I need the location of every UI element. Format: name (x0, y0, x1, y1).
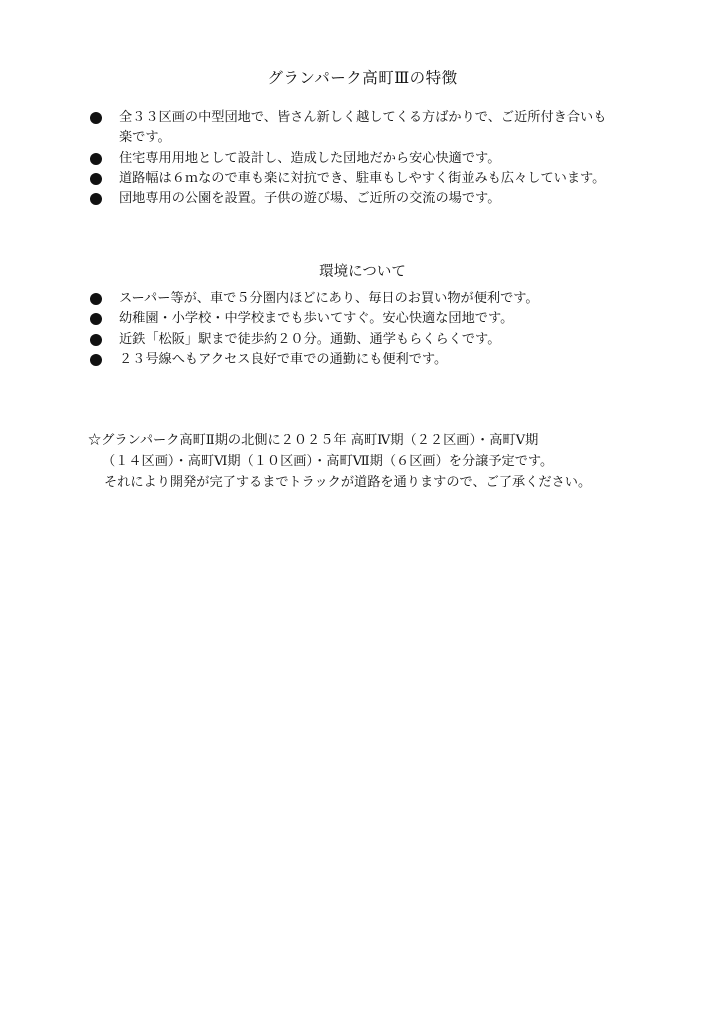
bullet-icon (90, 153, 102, 165)
list-item: 道路幅は６ｍなので車も楽に対抗でき、駐車もしやすく街並みも広々しています。 (90, 169, 680, 189)
note-line-3: それにより開発が完了するまでトラックが道路を通りますので、ご了承ください。 (88, 472, 688, 493)
list-item: 幼稚園・小学校・中学校までも歩いてすぐ。安心快適な団地です。 (90, 309, 680, 329)
bullet-icon (90, 334, 102, 346)
bullet-icon (90, 193, 102, 205)
bullet-icon (90, 313, 102, 325)
list-item: 住宅専用用地として設計し、造成した団地だから安心快適です。 (90, 149, 680, 169)
development-note: ☆グランパーク高町Ⅱ期の北側に２０２５年 高町Ⅳ期（２２区画）・高町Ⅴ期 （１４… (88, 430, 688, 493)
bullet-icon (90, 112, 102, 124)
note-line-1: ☆グランパーク高町Ⅱ期の北側に２０２５年 高町Ⅳ期（２２区画）・高町Ⅴ期 (88, 430, 688, 451)
list-item-text: 全３３区画の中型団地で、皆さん新しく越してくる方ばかりで、ご近所付き合いも (119, 110, 606, 125)
list-item-text: 道路幅は６ｍなので車も楽に対抗でき、駐車もしやすく街並みも広々しています。 (119, 171, 605, 186)
features-title: グランパーク高町Ⅲの特徴 (0, 66, 725, 88)
list-item-text: 幼稚園・小学校・中学校までも歩いてすぐ。安心快適な団地です。 (119, 311, 513, 326)
environment-title: 環境について (0, 260, 725, 281)
list-item-text: 近鉄「松阪」駅まで徒歩約２０分。通勤、通学もらくらくです。 (119, 332, 500, 347)
list-item-text: 団地専用の公園を設置。子供の遊び場、ご近所の交流の場です。 (119, 191, 500, 206)
list-item: ２３号線へもアクセス良好で車での通勤にも便利です。 (90, 350, 680, 370)
environment-list: スーパー等が、車で５分圏内ほどにあり、毎日のお買い物が便利です。 幼稚園・小学校… (90, 289, 680, 370)
list-item: 団地専用の公園を設置。子供の遊び場、ご近所の交流の場です。 (90, 189, 680, 209)
list-item-text: スーパー等が、車で５分圏内ほどにあり、毎日のお買い物が便利です。 (119, 291, 539, 306)
list-item: 全３３区画の中型団地で、皆さん新しく越してくる方ばかりで、ご近所付き合いも 楽で… (90, 108, 680, 149)
list-item: スーパー等が、車で５分圏内ほどにあり、毎日のお買い物が便利です。 (90, 289, 680, 309)
bullet-icon (90, 293, 102, 305)
bullet-icon (90, 354, 102, 366)
list-item-text: 住宅専用用地として設計し、造成した団地だから安心快適です。 (119, 151, 500, 166)
list-item: 近鉄「松阪」駅まで徒歩約２０分。通勤、通学もらくらくです。 (90, 330, 680, 350)
list-item-text: ２３号線へもアクセス良好で車での通勤にも便利です。 (119, 352, 447, 367)
bullet-icon (90, 173, 102, 185)
features-list: 全３３区画の中型団地で、皆さん新しく越してくる方ばかりで、ご近所付き合いも 楽で… (90, 108, 680, 209)
list-item-text-cont: 楽です。 (119, 130, 171, 145)
note-line-2: （１４区画）・高町Ⅵ期（１０区画）・高町Ⅶ期（６区画）を分譲予定です。 (88, 451, 688, 472)
